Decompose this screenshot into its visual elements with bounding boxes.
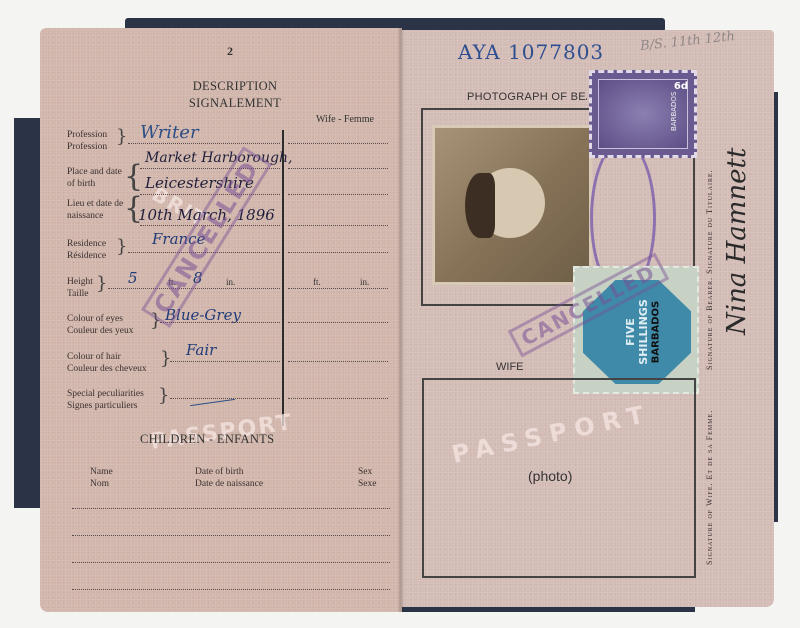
label-en: Profession	[67, 129, 107, 141]
passport-number: AYA 1077803	[458, 40, 604, 64]
brace: {	[124, 170, 143, 184]
field-birth-label-fr: Lieu et date de naissance	[67, 198, 127, 222]
field-height-feet: 5	[128, 269, 138, 287]
label-fr: Nom	[90, 478, 113, 490]
label-en: Sex	[358, 466, 376, 478]
photo-hair	[465, 173, 495, 238]
children-row-line	[72, 562, 390, 563]
heading-en: DESCRIPTION	[170, 78, 300, 95]
label-fr: Date de naissance	[195, 478, 263, 490]
heading-fr: SIGNALEMENT	[170, 95, 300, 112]
dotted-line	[140, 194, 280, 195]
brace: }	[116, 130, 127, 144]
label-fr: Signes particuliers	[67, 400, 144, 412]
dotted-line	[288, 194, 388, 195]
children-row-line	[72, 508, 390, 509]
label-fr: Résidence	[67, 250, 106, 262]
revenue-stamp-text: FIVE SHILLINGS	[624, 299, 650, 365]
stamp-value: 6d	[674, 81, 688, 92]
children-row-line	[72, 535, 390, 536]
brace: }	[160, 352, 171, 366]
field-residence-label: Residence Résidence	[67, 238, 106, 262]
label-fr: Couleur des yeux	[67, 325, 134, 337]
dotted-line	[288, 398, 388, 399]
dotted-line	[288, 322, 388, 323]
label-fr: Couleur des cheveux	[67, 363, 147, 375]
label-fr: Profession	[67, 141, 107, 153]
barbados-postage-stamp: 6d BARBADOS	[589, 70, 697, 158]
field-height-label: Height Taille	[67, 276, 93, 300]
unit-in: in.	[226, 277, 235, 287]
label-en: Date of birth	[195, 466, 263, 478]
dotted-line	[288, 225, 388, 226]
children-row-line	[72, 589, 390, 590]
brace: }	[96, 277, 107, 291]
wife-photo-placeholder: (photo)	[528, 468, 572, 484]
column-divider	[282, 130, 284, 426]
dotted-line	[288, 288, 388, 289]
dotted-line	[288, 252, 388, 253]
children-col-dob: Date of birth Date de naissance	[195, 466, 263, 490]
brace: }	[116, 240, 127, 254]
dotted-line	[170, 398, 280, 399]
dotted-line	[288, 361, 388, 362]
label-en: Place and date of birth	[67, 166, 127, 190]
label-en: Height	[67, 276, 93, 288]
bearer-signature-label: Signature of Bearer. Signature du Titula…	[705, 169, 714, 370]
children-heading: CHILDREN - ENFANTS	[140, 432, 274, 447]
description-heading: DESCRIPTION SIGNALEMENT	[170, 78, 300, 112]
dotted-line	[160, 322, 280, 323]
label-en: Special peculiarities	[67, 388, 144, 400]
bearer-signature: Nina Hamnett	[722, 148, 752, 335]
dotted-line	[128, 143, 280, 144]
stamp-country: BARBADOS	[670, 92, 678, 131]
book-spine	[398, 28, 404, 612]
label-fr: Taille	[67, 288, 93, 300]
dotted-line	[288, 143, 388, 144]
children-col-sex: Sex Sexe	[358, 466, 376, 490]
children-col-name: Name Nom	[90, 466, 113, 490]
label-en: Colour of eyes	[67, 313, 134, 325]
field-profession-label: Profession Profession	[67, 129, 107, 153]
wife-column-heading: Wife - Femme	[316, 114, 374, 125]
stamp-text-line1: FIVE	[624, 299, 637, 365]
photograph-heading: PHOTOGRAPH OF BEARER	[467, 91, 587, 103]
wife-signature-label: Signature of Wife. Et de sa Femme.	[705, 410, 714, 565]
bearer-photo	[432, 125, 592, 285]
field-birth-label: Place and date of birth	[67, 166, 127, 190]
field-profession-value: Writer	[140, 122, 199, 143]
field-peculiarities-label: Special peculiarities Signes particulier…	[67, 388, 144, 412]
label-en: Residence	[67, 238, 106, 250]
dotted-line	[170, 361, 280, 362]
wife-heading: WIFE	[496, 361, 524, 373]
passport-cover-left	[14, 118, 42, 508]
wife-unit-in: in.	[360, 277, 369, 287]
wife-unit-ft: ft.	[313, 277, 321, 287]
stamp-text-line2: SHILLINGS	[637, 299, 650, 365]
page-number: 2	[227, 44, 233, 59]
label-en: Colour of hair	[67, 351, 147, 363]
field-hair-value: Fair	[186, 341, 216, 359]
label-fr: Sexe	[358, 478, 376, 490]
field-hair-label: Colour of hair Couleur des cheveux	[67, 351, 147, 375]
revenue-stamp-overprint: BARBADOS	[650, 301, 661, 363]
label-en: Name	[90, 466, 113, 478]
brace: }	[158, 389, 169, 403]
field-eyes-label: Colour of eyes Couleur des yeux	[67, 313, 134, 337]
dotted-line	[288, 168, 388, 169]
